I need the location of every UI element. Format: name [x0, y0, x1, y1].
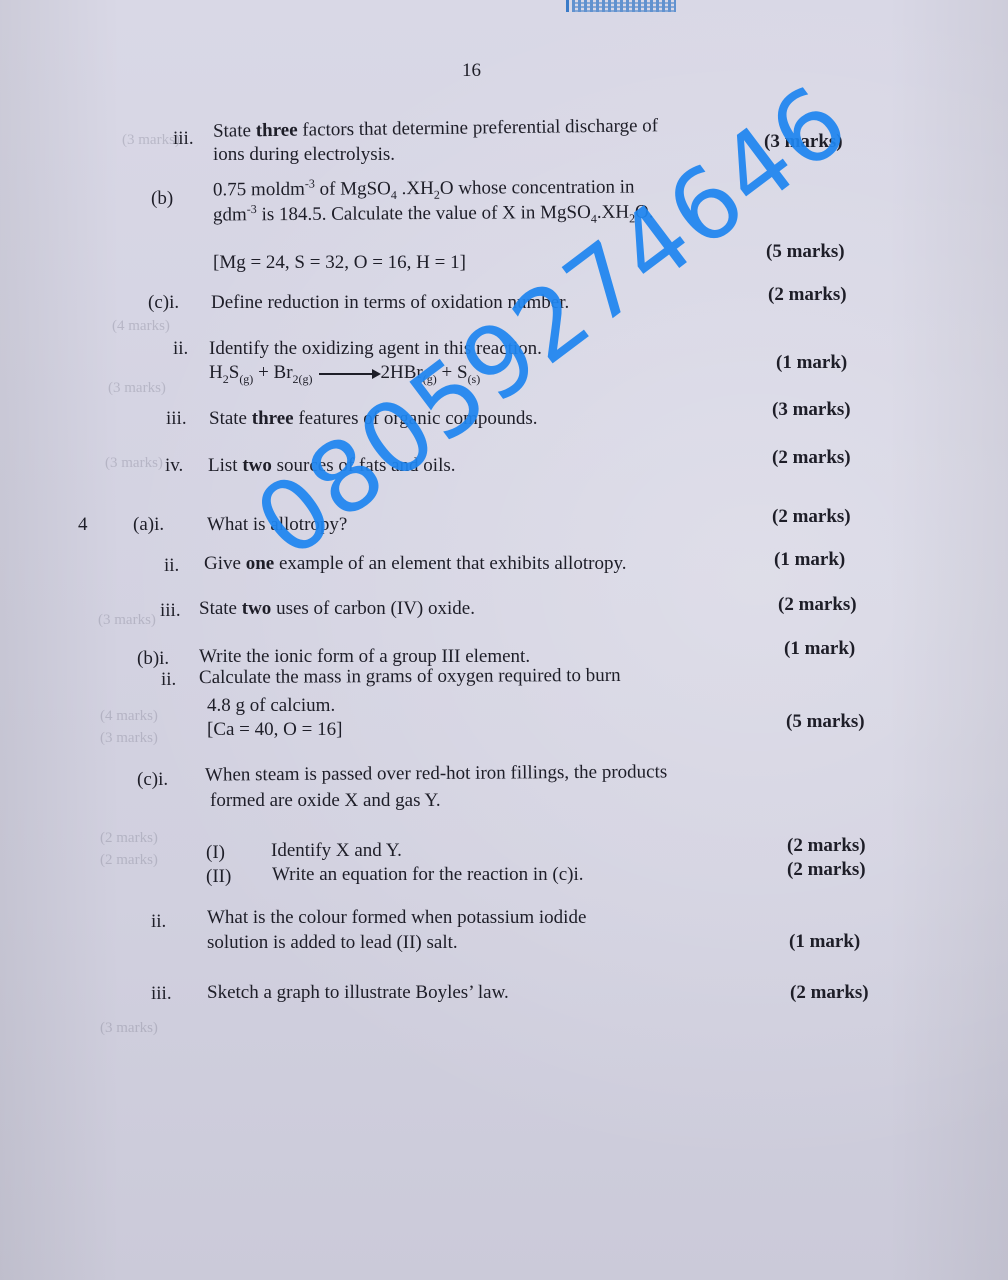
marks-label: (5 marks)	[786, 711, 865, 733]
atomic-mass-data: [Mg = 24, S = 32, O = 16, H = 1]	[213, 252, 466, 274]
question-number: 4	[78, 514, 88, 536]
bleed-through-text: (3 marks)	[100, 730, 158, 747]
marks-label: (2 marks)	[778, 594, 857, 616]
atomic-mass-data: [Ca = 40, O = 16]	[207, 719, 342, 741]
marks-label: (2 marks)	[768, 284, 847, 306]
marks-label: (2 marks)	[772, 447, 851, 469]
marks-label: (5 marks)	[766, 241, 845, 263]
bleed-through-text: (2 marks)	[100, 852, 158, 869]
qr-code-fragment	[572, 0, 676, 12]
question-label: iii.	[166, 408, 187, 430]
question-text: Sketch a graph to illustrate Boyles’ law…	[207, 982, 509, 1004]
qr-code-edge	[566, 0, 569, 12]
question-label: iii.	[151, 983, 172, 1005]
marks-label: (2 marks)	[790, 982, 869, 1004]
question-label: (b)i.	[137, 648, 169, 670]
question-text: formed are oxide X and gas Y.	[210, 790, 441, 812]
question-label: (b)	[151, 188, 173, 210]
question-text: ions during electrolysis.	[213, 144, 395, 166]
question-text: State two uses of carbon (IV) oxide.	[199, 598, 475, 620]
question-text: When steam is passed over red-hot iron f…	[205, 761, 667, 786]
question-label: iv.	[165, 455, 183, 477]
question-text: Calculate the mass in grams of oxygen re…	[199, 665, 621, 689]
bleed-through-text: (4 marks)	[100, 708, 158, 725]
sub-question-text: Identify X and Y.	[271, 840, 402, 862]
question-label: ii.	[173, 338, 188, 360]
marks-label: (2 marks)	[787, 835, 866, 857]
sub-question-text: Write an equation for the reaction in (c…	[272, 864, 584, 886]
question-text: 4.8 g of calcium.	[207, 695, 335, 717]
marks-label: (3 marks)	[772, 399, 851, 421]
question-text: solution is added to lead (II) salt.	[207, 932, 458, 954]
marks-label: (1 mark)	[784, 638, 855, 660]
question-label: ii.	[161, 669, 176, 691]
question-label: ii.	[151, 911, 166, 933]
marks-label: (2 marks)	[772, 506, 851, 528]
question-text: State three factors that determine prefe…	[213, 115, 658, 142]
sub-question-label: (II)	[206, 866, 231, 888]
marks-label: (1 mark)	[776, 352, 847, 374]
bleed-through-text: (2 marks)	[100, 830, 158, 847]
question-label: ii.	[164, 555, 179, 577]
marks-label: (2 marks)	[787, 859, 866, 881]
marks-label: (1 mark)	[774, 549, 845, 571]
question-label: iii.	[160, 600, 181, 622]
question-label: (a)i.	[133, 514, 164, 536]
bleed-through-text: (3 marks)	[100, 1020, 158, 1037]
question-text: What is the colour formed when potassium…	[207, 907, 586, 929]
question-label: iii.	[173, 128, 194, 150]
question-text: 0.75 moldm-3 of MgSO4 .XH2O whose concen…	[213, 177, 635, 202]
sub-question-label: (I)	[206, 842, 225, 864]
question-label: (c)i.	[148, 292, 179, 314]
bleed-through-text: (3 marks)	[105, 455, 163, 472]
question-text: Give one example of an element that exhi…	[204, 553, 626, 575]
reaction-arrow-icon	[319, 373, 379, 375]
bleed-through-text: (3 marks)	[98, 612, 156, 629]
question-label: (c)i.	[137, 769, 168, 791]
marks-label: (1 mark)	[789, 931, 860, 953]
bleed-through-text: (4 marks)	[112, 318, 170, 335]
bleed-through-text: (3 marks)	[108, 380, 166, 397]
page-number: 16	[462, 60, 481, 82]
bleed-through-text: (3 marks)	[122, 132, 180, 149]
